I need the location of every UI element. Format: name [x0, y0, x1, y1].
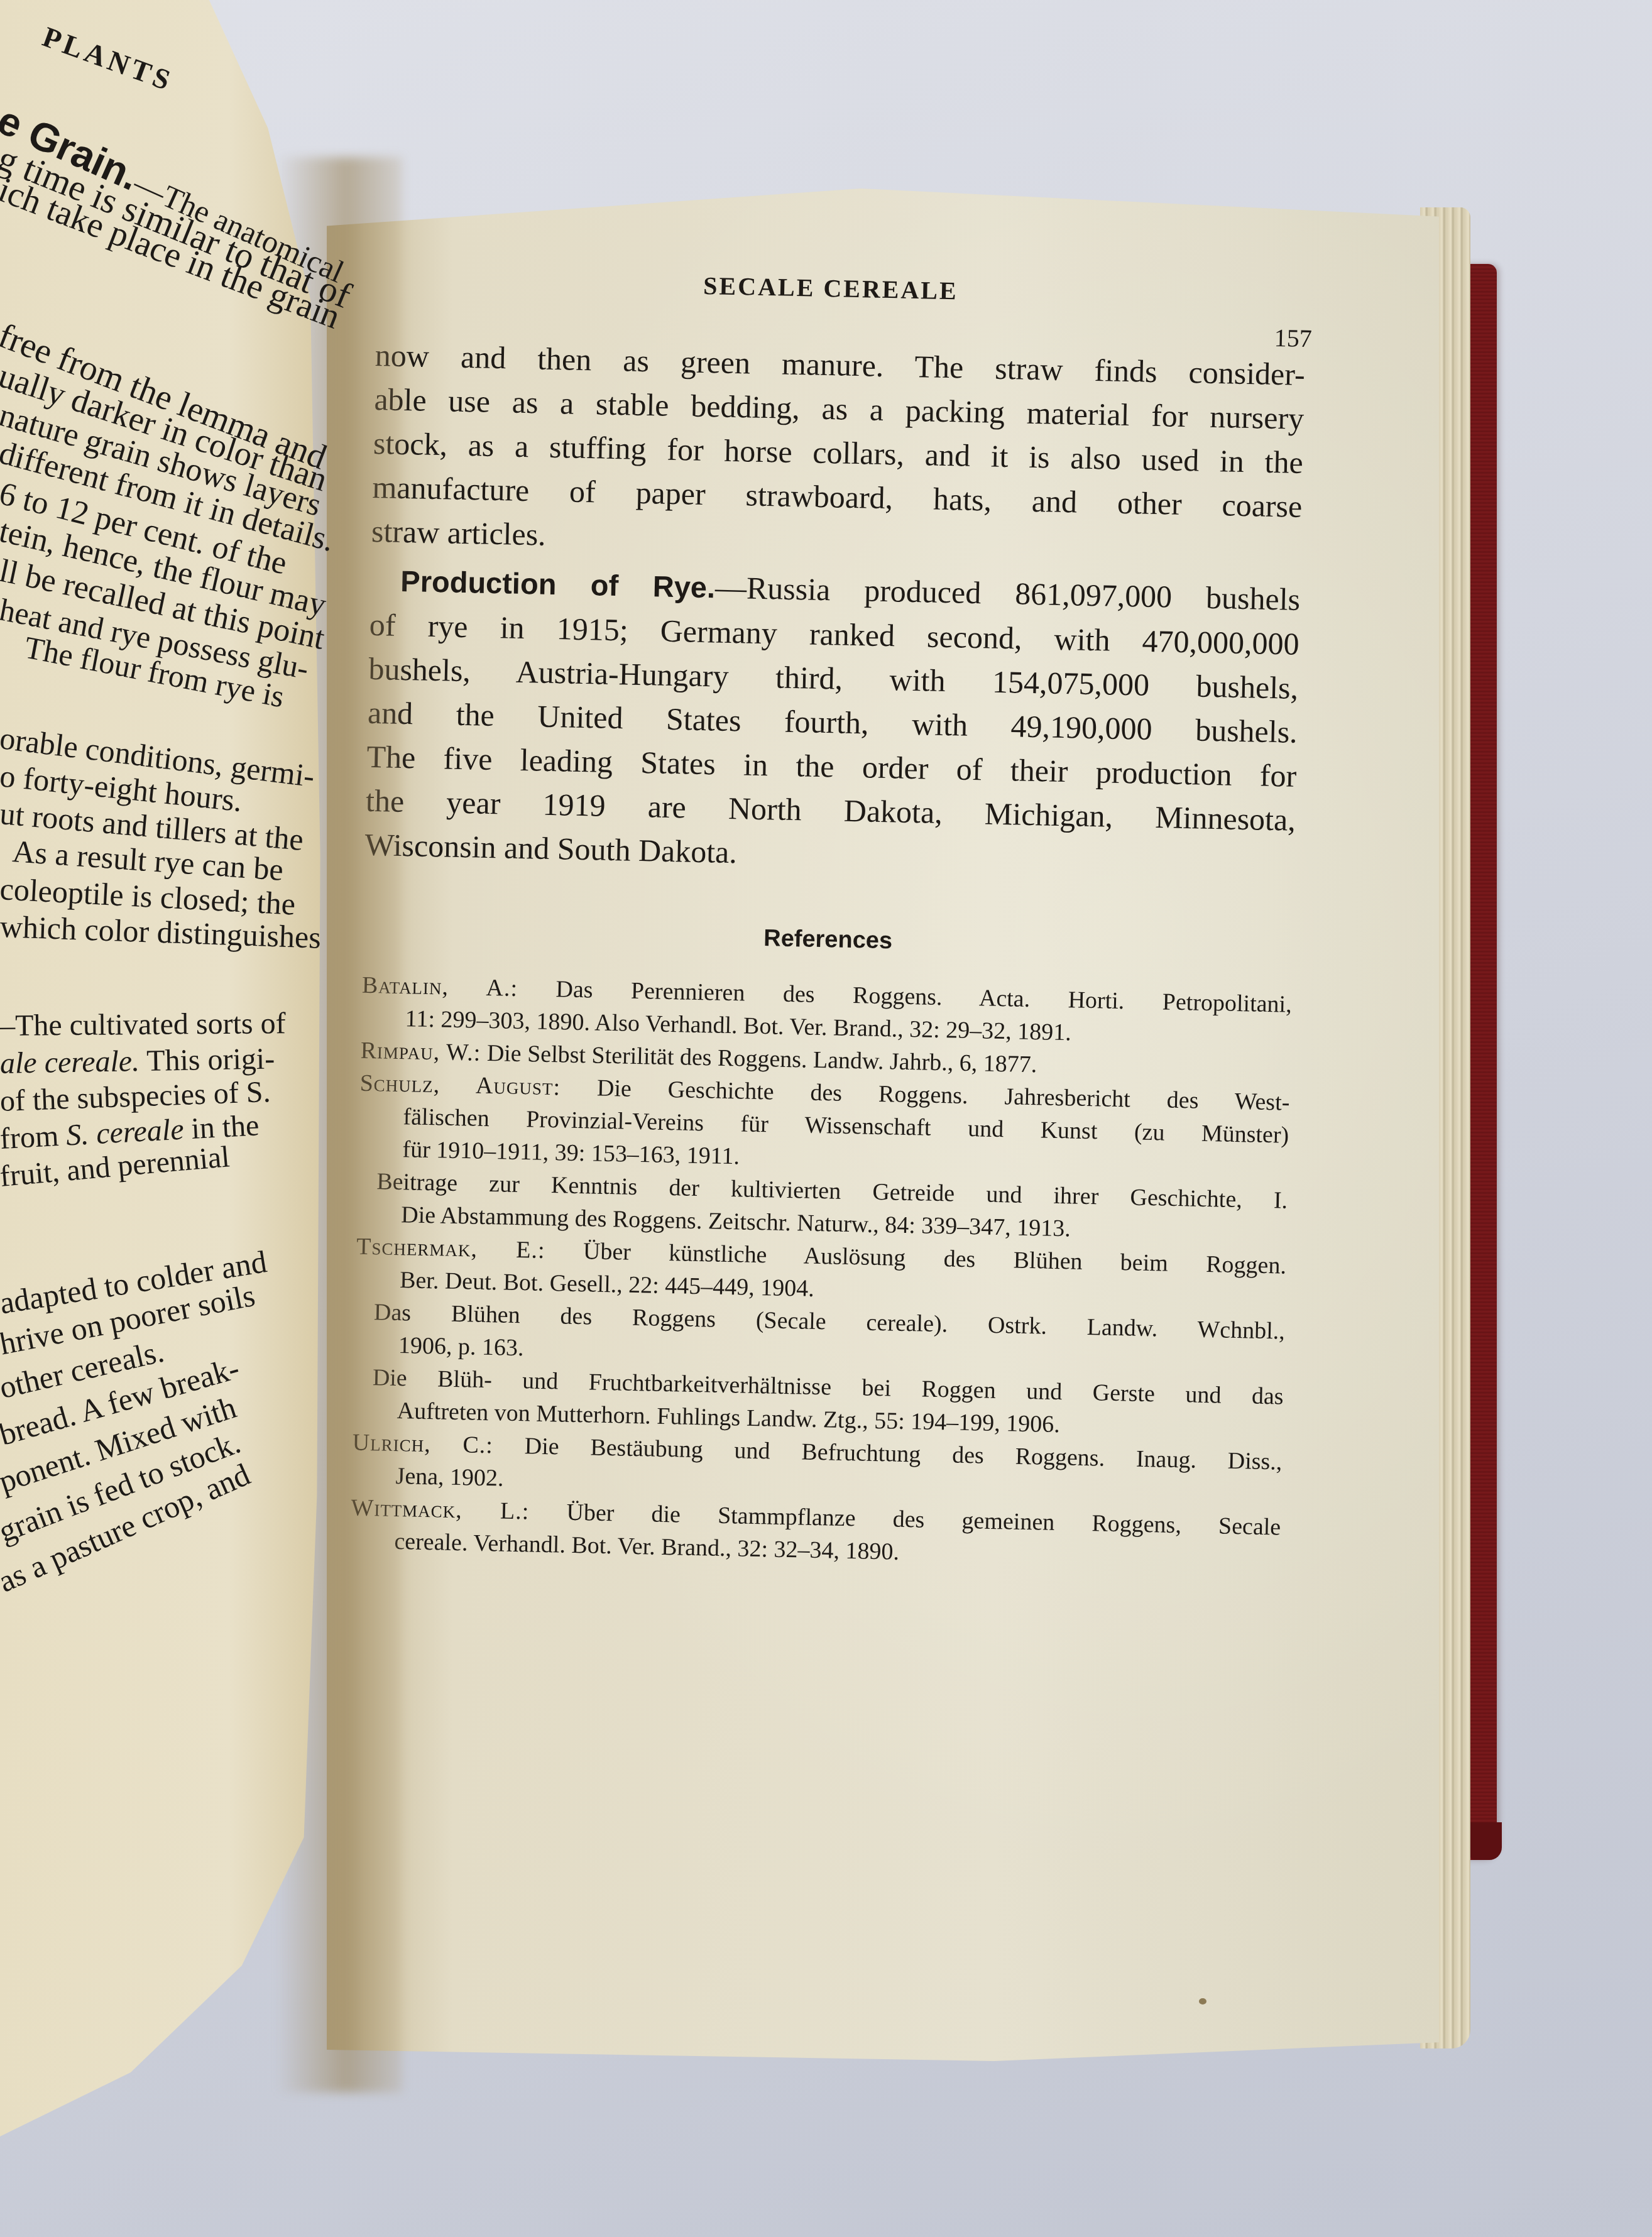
- section-run-in-heading: Production of Rye.: [400, 564, 716, 604]
- references-heading: References: [363, 917, 1293, 963]
- italic-fragment: ale cereale.: [0, 1044, 140, 1080]
- page-number: 157: [1274, 323, 1312, 353]
- production-paragraph: Production of Rye.—Russia produced 861,0…: [364, 558, 1301, 886]
- text-fragment: This origi-: [139, 1042, 275, 1078]
- right-page-text: SECALE CEREALE 157 now and then as green…: [350, 264, 1307, 1577]
- text-fragment: from: [0, 1119, 67, 1156]
- running-title: SECALE CEREALE: [703, 271, 958, 305]
- book-cover-corner: [1470, 1822, 1502, 1860]
- continuation-paragraph: now and then as green manure. The straw …: [371, 333, 1305, 572]
- left-text-line: ale cereale. This origi-: [0, 1041, 275, 1081]
- paper-spot: [1199, 1998, 1206, 2005]
- text-fragment: —Russia produced 861,097,000 bushels: [714, 569, 1300, 616]
- references-list: Batalin, A.: Das Perennieren des Roggens…: [350, 969, 1292, 1577]
- left-text-line: –The cultivated sorts of: [0, 1006, 286, 1043]
- photo-scene: SECALE CEREALE 157 now and then as green…: [0, 0, 1652, 2237]
- reference-entry: Schulz, August: Die Geschichte des Rogge…: [358, 1067, 1290, 1184]
